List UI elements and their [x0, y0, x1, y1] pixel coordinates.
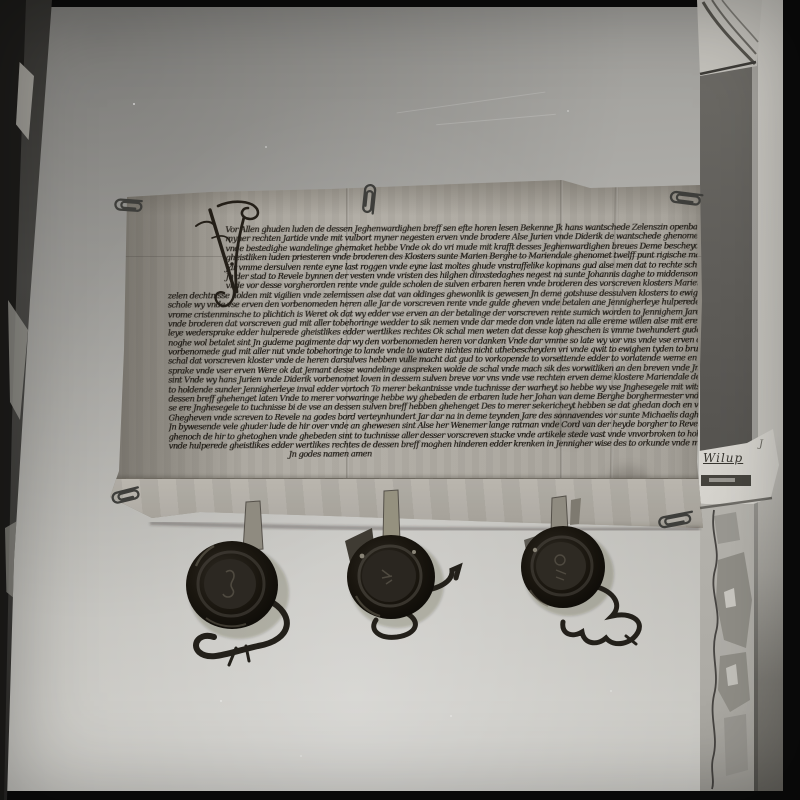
- paper-clip-bottom-left: [112, 487, 141, 503]
- parchment-cast-shadow: [150, 523, 700, 530]
- paper-clips: [112, 185, 703, 528]
- plaster-patches: [714, 512, 752, 776]
- paper-clip-top-left: [115, 199, 142, 211]
- photograph: Wilup J Vor Allen ghud: [0, 0, 800, 800]
- wax-seal-left: [186, 541, 278, 629]
- paper-clip-bottom-right: [658, 512, 693, 528]
- plaster-crack: [712, 510, 718, 789]
- rolled-paper-corner: [697, 0, 762, 76]
- photo-overlay-graphics: [0, 0, 800, 800]
- paper-clip-top-middle: [363, 185, 376, 214]
- wax-seal-right: [521, 526, 605, 608]
- wax-seal-middle: [347, 535, 435, 619]
- paper-clip-top-right: [670, 191, 702, 205]
- note-shadow-line: [700, 498, 772, 508]
